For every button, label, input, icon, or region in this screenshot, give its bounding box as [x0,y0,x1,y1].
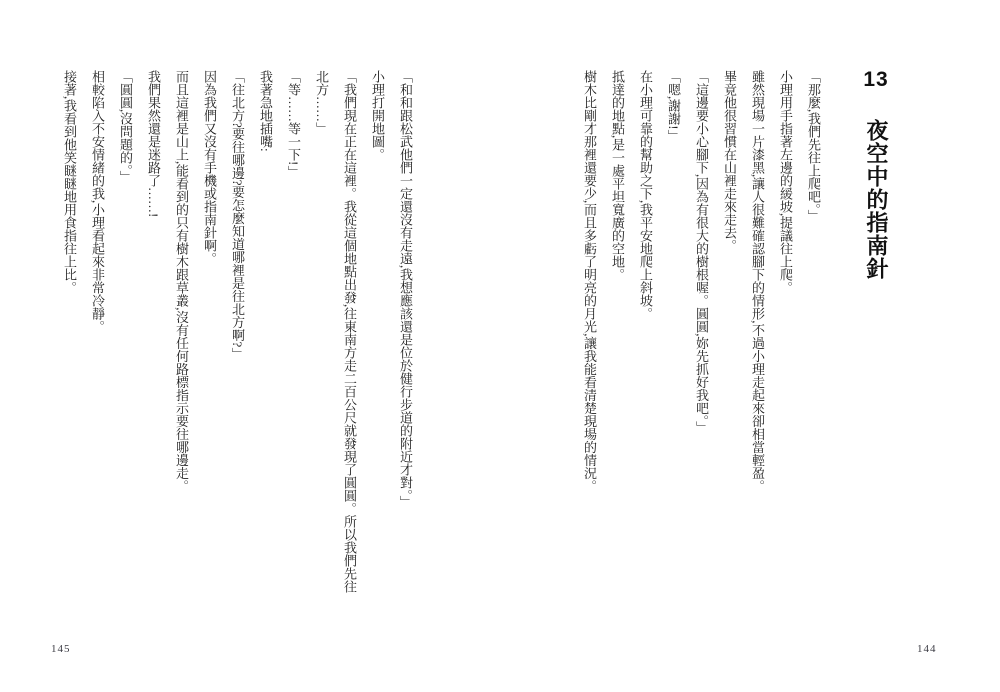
paragraph: 小理打開地圖。 [363,70,391,594]
page-number-left: 145 [51,643,71,655]
paragraph: 「嗯,謝謝!」 [659,70,687,594]
chapter-header: 13 夜空中的指南針 [858,68,894,284]
paragraph: 畢竟他很習慣在山裡走來走去。 [715,70,743,594]
page-number-right: 144 [917,643,937,655]
chapter-title: 夜空中的指南針 [858,114,894,284]
paragraph: 樹木比剛才那裡還要少,而且多虧了明亮的月光,讓我能看清楚現場的情況。 [575,70,603,594]
paragraph: 抵達的地點,是一處平坦寬廣的空地。 [603,70,631,594]
paragraph: 「圓圓,沒問題的。」 [111,70,139,594]
paragraph: 因為我們又沒有手機或指南針啊。 [195,70,223,594]
paragraph: 小理用手指著左邊的緩坡,提議往上爬。 [771,70,799,594]
book-spread: 13 夜空中的指南針 「那麼,我們先往上爬吧。」小理用手指著左邊的緩坡,提議往上… [0,0,1000,692]
paragraph: 「這邊要小心腳下,因為有很大的樹根喔。圓圓,妳先抓好我吧。」 [687,70,715,594]
paragraph: 「那麼,我們先往上爬吧。」 [799,70,827,594]
paragraph: 雖然現場一片漆黑,讓人很難確認腳下的情形,不過小理走起來卻相當輕盈。 [743,70,771,594]
paragraph: 「往北方?要往哪邊?要怎麼知道哪裡是往北方啊?」 [223,70,251,594]
chapter-number: 13 [858,68,894,92]
paragraph: 在小理可靠的幫助之下,我平安地爬上斜坡。 [631,70,659,594]
paragraph: 而且這裡是山上,能看到的只有樹木跟草叢,沒有任何路標指示要往哪邊走。 [167,70,195,594]
paragraph: 我著急地插嘴: [251,70,279,594]
paragraph: 「和和跟松武他們一定還沒有走遠,我想應該還是位於健行步道的附近才對。」 [391,70,419,594]
left-page-body-text: 「和和跟松武他們一定還沒有走遠,我想應該還是位於健行步道的附近才對。」小理打開地… [55,70,419,594]
right-page-body-text: 「那麼,我們先往上爬吧。」小理用手指著左邊的緩坡,提議往上爬。雖然現場一片漆黑,… [575,70,827,594]
paragraph: 「我們現在正在這裡。我從這個地點出發,往東南方走二百公尺就發現了圓圓。所以我們先… [307,70,363,594]
paragraph: 相較陷入不安情緒的我,小理看起來非常冷靜。 [83,70,111,594]
paragraph: 「等……等一下!」 [279,70,307,594]
paragraph: 接著,我看到他笑瞇瞇地用食指往上比。 [55,70,83,594]
paragraph: 我們果然還是迷路了……! [139,70,167,594]
